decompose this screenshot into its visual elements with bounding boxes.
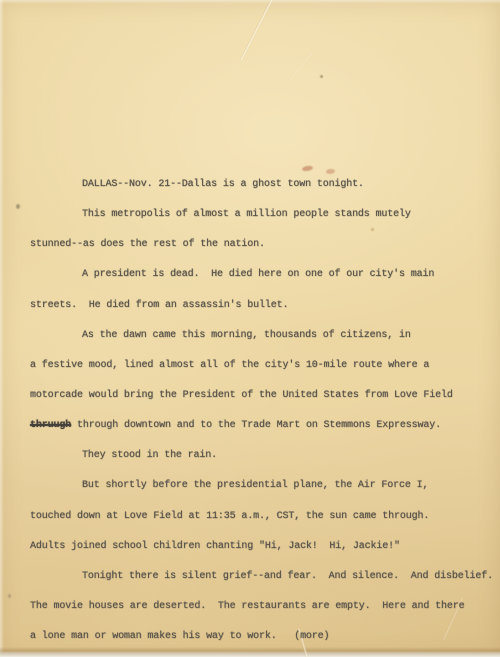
document-scan: DALLAS--Nov. 21--Dallas is a ghost town … bbox=[0, 0, 500, 657]
typed-line: motorcade would bring the President of t… bbox=[30, 381, 498, 411]
paper-edge-top bbox=[0, 0, 500, 4]
typed-line: Tonight there is silent grief--and fear.… bbox=[30, 562, 498, 592]
typed-line: streets. He died from an assassin's bull… bbox=[30, 291, 498, 321]
paper-speck bbox=[320, 75, 323, 78]
typed-line: a lone man or woman makes his way to wor… bbox=[30, 622, 498, 652]
struck-out-word: thruugh bbox=[30, 420, 71, 431]
typed-line: stunned--as does the rest of the nation. bbox=[30, 230, 498, 260]
typed-line: This metropolis of almost a million peop… bbox=[30, 200, 498, 230]
typed-line: Adults joined school children chanting "… bbox=[30, 532, 498, 562]
typed-lines: DALLAS--Nov. 21--Dallas is a ghost town … bbox=[30, 170, 498, 652]
typed-line: A president is dead. He died here on one… bbox=[30, 260, 498, 290]
paper-edge-left bbox=[0, 0, 4, 657]
typed-line: touched down at Love Field at 11:35 a.m.… bbox=[30, 502, 498, 532]
paper-speck bbox=[8, 594, 11, 598]
typed-line: DALLAS--Nov. 21--Dallas is a ghost town … bbox=[30, 170, 498, 200]
typed-line: The movie houses are deserted. The resta… bbox=[30, 592, 498, 622]
typed-line: They stood in the rain. bbox=[30, 441, 498, 471]
typed-line: thruugh through downtown and to the Trad… bbox=[30, 411, 498, 441]
typed-line: But shortly before the presidential plan… bbox=[30, 471, 498, 501]
typed-line: As the dawn came this morning, thousands… bbox=[30, 321, 498, 351]
typed-line: a festive mood, lined almost all of the … bbox=[30, 351, 498, 381]
paper-speck bbox=[16, 204, 20, 209]
